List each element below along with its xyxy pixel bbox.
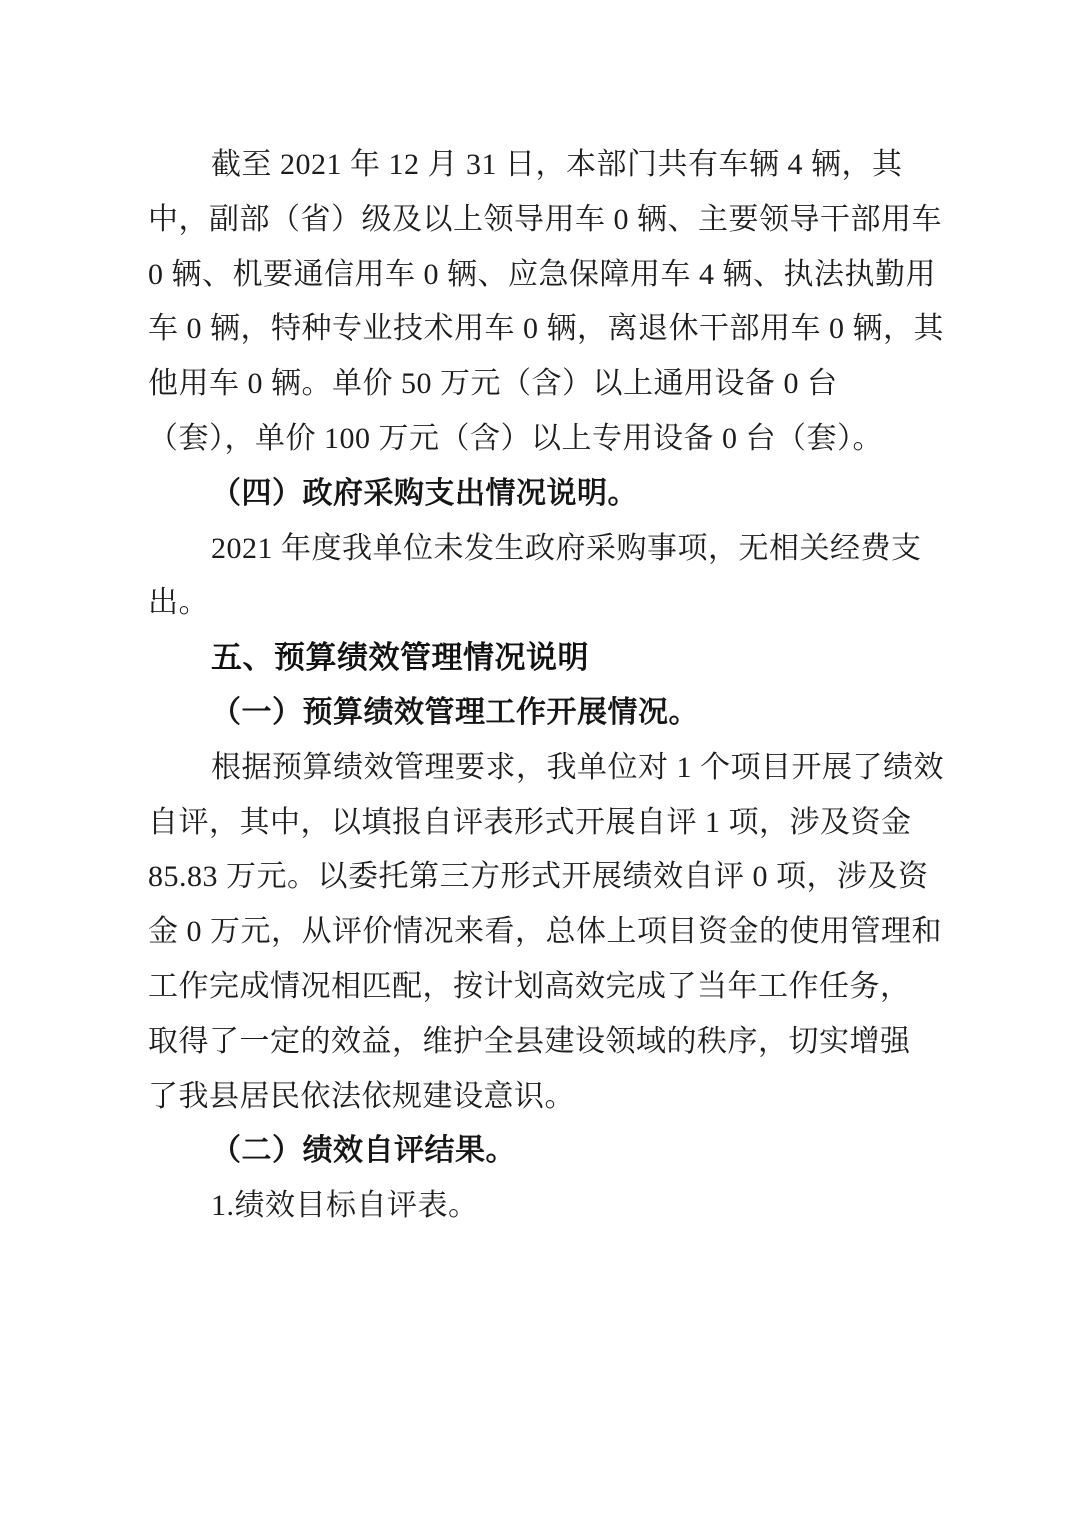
body-line: 0 辆、机要通信用车 0 辆、应急保障用车 4 辆、执法执勤用 bbox=[148, 248, 938, 303]
body-line: 他用车 0 辆。单价 50 万元（含）以上通用设备 0 台 bbox=[148, 357, 938, 412]
body-line: 取得了一定的效益，维护全县建设领域的秩序，切实增强 bbox=[148, 1015, 938, 1070]
body-line: 截至 2021 年 12 月 31 日，本部门共有车辆 4 辆，其 bbox=[148, 138, 938, 193]
subsection-heading: （一）预算绩效管理工作开展情况。 bbox=[148, 686, 938, 741]
body-line: 85.83 万元。以委托第三方形式开展绩效自评 0 项，涉及资 bbox=[148, 850, 938, 905]
body-line: （套），单价 100 万元（含）以上专用设备 0 台（套）。 bbox=[148, 412, 938, 467]
body-line: 根据预算绩效管理要求，我单位对 1 个项目开展了绩效 bbox=[148, 741, 938, 796]
body-line: 中，副部（省）级及以上领导用车 0 辆、主要领导干部用车 bbox=[148, 193, 938, 248]
body-line: 自评，其中，以填报自评表形式开展自评 1 项，涉及资金 bbox=[148, 796, 938, 851]
body-line: 车 0 辆，特种专业技术用车 0 辆，离退休干部用车 0 辆，其 bbox=[148, 302, 938, 357]
body-line: 2021 年度我单位未发生政府采购事项，无相关经费支 bbox=[148, 522, 938, 577]
document-page: 截至 2021 年 12 月 31 日，本部门共有车辆 4 辆，其 中，副部（省… bbox=[0, 0, 1075, 1521]
body-line: 出。 bbox=[148, 576, 938, 631]
body-line: 了我县居民依法依规建设意识。 bbox=[148, 1070, 938, 1125]
body-line: 金 0 万元，从评价情况来看，总体上项目资金的使用管理和 bbox=[148, 905, 938, 960]
document-text-block: 截至 2021 年 12 月 31 日，本部门共有车辆 4 辆，其 中，副部（省… bbox=[148, 138, 938, 1234]
body-line: 1.绩效目标自评表。 bbox=[148, 1179, 938, 1234]
body-line: 工作完成情况相匹配，按计划高效完成了当年工作任务， bbox=[148, 960, 938, 1015]
section-heading: 五、预算绩效管理情况说明 bbox=[148, 631, 938, 686]
subsection-heading: （二）绩效自评结果。 bbox=[148, 1124, 938, 1179]
subsection-heading: （四）政府采购支出情况说明。 bbox=[148, 467, 938, 522]
